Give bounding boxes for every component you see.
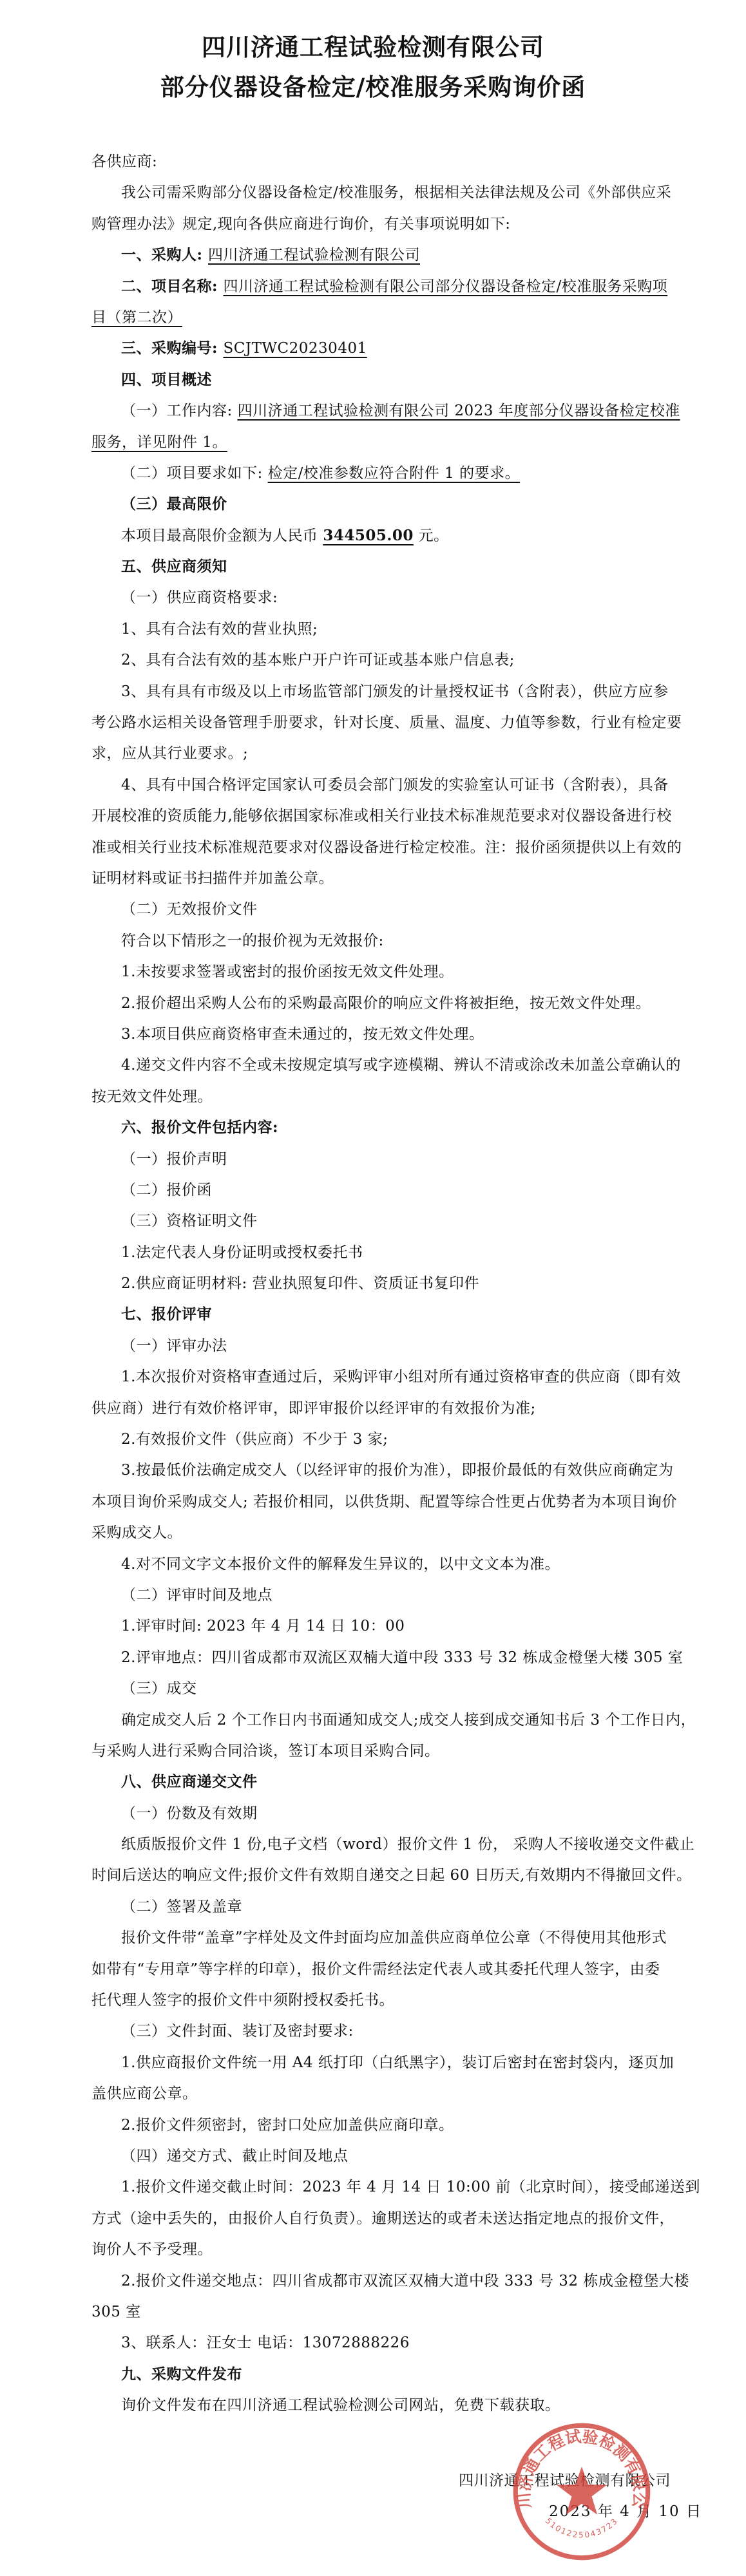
line-segment: 按无效文件处理。: [91, 1088, 213, 1105]
line-segment: 1.评审时间: 2023 年 4 月 14 日 10：00: [121, 1618, 405, 1634]
document-title: 四川济通工程试验检测有限公司 部分仪器设备检定/校准服务采购询价函: [0, 27, 746, 107]
document-line: （四）递交方式、截止时间及地点: [91, 2141, 671, 2172]
line-segment: 询价文件发布在四川济通工程试验检测公司网站，免费下载获取。: [121, 2397, 560, 2414]
title-line-1: 四川济通工程试验检测有限公司: [0, 27, 746, 67]
line-segment-bold: 二、项目名称:: [121, 278, 224, 295]
line-segment-underlined: 服务，详见附件 1。: [91, 434, 227, 451]
document-line: 1.法定代表人身份证明或授权委托书: [91, 1237, 671, 1268]
line-segment: 本项目询价采购成交人; 若报价相同，以供货期、配置等综合性更占优势者为本项目询价: [91, 1493, 677, 1510]
line-segment: 4.对不同文字文本报价文件的解释发生异议的，以中文文本为准。: [121, 1556, 560, 1573]
document-line: 2.报价超出采购人公布的采购最高限价的响应文件将被拒绝，按无效文件处理。: [91, 988, 671, 1019]
line-segment: （二）无效报价文件: [121, 901, 258, 918]
document-line: 报价文件带“盖章”字样处及文件封面均应加盖供应商单位公章（不得使用其他形式: [91, 1922, 671, 1953]
document-line: （三）成交: [91, 1673, 671, 1704]
line-segment: 4、具有中国合格评定国家认可委员会部门颁发的实验室认可证书（含附表），具备: [121, 777, 669, 793]
line-segment: 供应商）进行有效价格评审，即评审报价以经评审的有效报价为准;: [91, 1400, 536, 1417]
line-segment-underlined: 四川济通工程试验检测有限公司 2023 年度部分仪器设备检定校准: [238, 402, 680, 419]
line-segment-bold: 三、采购编号:: [121, 339, 224, 357]
line-segment-underlined: SCJTWC20230401: [224, 340, 367, 357]
line-segment: （一）工作内容:: [121, 402, 238, 419]
document-line: （三）资格证明文件: [91, 1206, 671, 1236]
document-line: 1.本次报价对资格审查通过后，采购评审小组对所有通过资格审查的供应商（即有效: [91, 1361, 671, 1392]
document-line: 如带有“专用章”等字样的印章），报价文件需经法定代表人或其委托代理人签字，由委: [91, 1954, 671, 1985]
document-line: 询价人不予受理。: [91, 2234, 671, 2265]
document-line: 3、具有具有市级及以上市场监管部门颁发的计量授权证书（含附表），供应方应参: [91, 676, 671, 707]
document-line: 2.评审地点：四川省成都市双流区双楠大道中段 333 号 32 栋成金橙堡大楼 …: [91, 1642, 671, 1673]
line-segment: 3.按最低价法确定成交人（以经评审的报价为准），即报价最低的有效供应商确定为: [121, 1462, 673, 1479]
document-line: 九、采购文件发布: [91, 2359, 671, 2390]
document-body: 各供应商:我公司需采购部分仪器设备检定/校准服务，根据相关法律法规及公司《外部供…: [91, 146, 671, 2421]
line-segment: 方式（途中丢失的，由报价人自行负责）。逾期送达的或者未送达指定地点的报价文件，: [91, 2210, 674, 2227]
document-line: 1.未按要求签署或密封的报价函按无效文件处理。: [91, 956, 671, 987]
document-line: 我公司需采购部分仪器设备检定/校准服务，根据相关法律法规及公司《外部供应采: [91, 177, 671, 208]
line-segment: （二）签署及盖章: [121, 1899, 242, 1915]
document-line: 采购成交人。: [91, 1517, 671, 1548]
document-line: 符合以下情形之一的报价视为无效报价:: [91, 925, 671, 956]
document-line: 本项目最高限价金额为人民币 344505.00 元。: [91, 520, 671, 551]
document-line: （二）评审时间及地点: [91, 1580, 671, 1611]
line-segment: 1、具有合法有效的营业执照;: [121, 621, 318, 638]
document-line: 一、采购人: 四川济通工程试验检测有限公司: [91, 240, 671, 270]
line-segment: （二）评审时间及地点: [121, 1587, 273, 1604]
document-line: 3、联系人：汪女士 电话：13072888226: [91, 2327, 671, 2358]
document-line: 与采购人进行采购合同洽谈，签订本项目采购合同。: [91, 1736, 671, 1766]
line-segment: 1.法定代表人身份证明或授权委托书: [121, 1244, 363, 1261]
document-line: （二）项目要求如下: 检定/校准参数应符合附件 1 的要求。: [91, 458, 671, 489]
document-line: （一）供应商资格要求:: [91, 582, 671, 613]
line-segment: 4.递交文件内容不全或未按规定填写或字迹模糊、辨认不清或涂改未加盖公章确认的: [121, 1057, 681, 1074]
line-segment: （二）项目要求如下:: [121, 465, 268, 482]
line-segment: 考公路水运相关设备管理手册要求，针对长度、质量、温度、力值等参数，行业有检定要: [91, 714, 682, 731]
line-segment-bold: 九、采购文件发布: [121, 2365, 242, 2383]
title-line-2: 部分仪器设备检定/校准服务采购询价函: [0, 67, 746, 107]
line-segment: 元。: [414, 527, 449, 544]
line-segment-bold: 六、报价文件包括内容:: [121, 1119, 278, 1136]
line-segment: （三）资格证明文件: [121, 1213, 258, 1229]
line-segment: （四）递交方式、截止时间及地点: [121, 2148, 349, 2164]
line-segment: 各供应商:: [91, 153, 157, 170]
document-line: 六、报价文件包括内容:: [91, 1112, 671, 1143]
line-segment: 我公司需采购部分仪器设备检定/校准服务，根据相关法律法规及公司《外部供应采: [121, 184, 671, 201]
line-segment-bold: 八、供应商递交文件: [121, 1773, 258, 1790]
line-segment: 时间后送达的响应文件;报价文件有效期自递交之日起 60 日历天,有效期内不得撤回…: [91, 1867, 691, 1884]
document-line: 各供应商:: [91, 146, 671, 177]
document-line: 购管理办法》规定,现向各供应商进行询价，有关事项说明如下:: [91, 209, 671, 240]
document-line: 1.报价文件递交截止时间：2023 年 4 月 14 日 10:00 前（北京时…: [91, 2172, 671, 2202]
line-segment: （三）成交: [121, 1680, 197, 1697]
document-line: 本项目询价采购成交人; 若报价相同，以供货期、配置等综合性更占优势者为本项目询价: [91, 1486, 671, 1517]
document-line: 证明材料或证书扫描件并加盖公章。: [91, 863, 671, 894]
document-line: 供应商）进行有效价格评审，即评审报价以经评审的有效报价为准;: [91, 1393, 671, 1424]
document-line: 八、供应商递交文件: [91, 1766, 671, 1797]
document-line: 确定成交人后 2 个工作日内书面通知成交人;成交人接到成交通知书后 3 个工作日…: [91, 1705, 671, 1736]
line-segment: 确定成交人后 2 个工作日内书面通知成交人;成交人接到成交通知书后 3 个工作日…: [121, 1712, 696, 1728]
document-line: 目（第二次）: [91, 302, 671, 333]
document-line: （二）报价函: [91, 1175, 671, 1206]
document-line: 纸质版报价文件 1 份,电子文档（word）报价文件 1 份， 采购人不接收递交…: [91, 1829, 671, 1860]
document-line: 3.本项目供应商资格审查未通过的，按无效文件处理。: [91, 1019, 671, 1050]
document-line: 时间后送达的响应文件;报价文件有效期自递交之日起 60 日历天,有效期内不得撤回…: [91, 1860, 671, 1891]
document-line: 305 室: [91, 2297, 671, 2327]
line-segment: 准或相关行业技术标准规范要求对仪器设备进行检定校准。注：报价函须提供以上有效的: [91, 839, 682, 856]
document-line: （一）工作内容: 四川济通工程试验检测有限公司 2023 年度部分仪器设备检定校…: [91, 395, 671, 426]
line-segment: 3.本项目供应商资格审查未通过的，按无效文件处理。: [121, 1026, 484, 1043]
line-segment-bold: 五、供应商须知: [121, 558, 227, 575]
document-line: 2.报价文件递交地点：四川省成都市双流区双楠大道中段 333 号 32 栋成金橙…: [91, 2266, 671, 2297]
document-line: 1、具有合法有效的营业执照;: [91, 614, 671, 645]
line-segment: 2、具有合法有效的基本账户开户许可证或基本账户信息表;: [121, 652, 515, 668]
line-segment: 询价人不予受理。: [91, 2241, 213, 2258]
document-line: 1.供应商报价文件统一用 A4 纸打印（白纸黑字），装订后密封在密封袋内，逐页加: [91, 2047, 671, 2078]
document-line: 三、采购编号: SCJTWC20230401: [91, 333, 671, 364]
line-segment: 纸质版报价文件 1 份,电子文档（word）报价文件 1 份， 采购人不接收递交…: [121, 1836, 694, 1853]
document-line: 2.报价文件须密封，密封口处应加盖供应商印章。: [91, 2110, 671, 2141]
line-segment-bold: 一、采购人:: [121, 246, 208, 263]
line-segment: 2.评审地点：四川省成都市双流区双楠大道中段 333 号 32 栋成金橙堡大楼 …: [121, 1649, 683, 1666]
document-line: 盖供应商公章。: [91, 2078, 671, 2109]
document-line: 按无效文件处理。: [91, 1081, 671, 1112]
document-line: 4.递交文件内容不全或未按规定填写或字迹模糊、辨认不清或涂改未加盖公章确认的: [91, 1050, 671, 1081]
document-line: 二、项目名称: 四川济通工程试验检测有限公司部分仪器设备检定/校准服务采购项: [91, 271, 671, 302]
line-segment: 本项目最高限价金额为人民币: [121, 527, 323, 544]
document-line: 1.评审时间: 2023 年 4 月 14 日 10：00: [91, 1611, 671, 1642]
document-line: 2.有效报价文件（供应商）不少于 3 家;: [91, 1424, 671, 1455]
line-segment-underlined: 四川济通工程试验检测有限公司: [208, 247, 420, 263]
document-line: 考公路水运相关设备管理手册要求，针对长度、质量、温度、力值等参数，行业有检定要: [91, 707, 671, 738]
line-segment: 3、联系人：汪女士 电话：13072888226: [121, 2334, 410, 2351]
line-segment-underlined: 检定/校准参数应符合附件 1 的要求。: [268, 465, 521, 482]
document-line: 服务，详见附件 1。: [91, 427, 671, 458]
line-segment: 2.报价文件须密封，密封口处应加盖供应商印章。: [121, 2117, 454, 2134]
line-segment: 与采购人进行采购合同洽谈，签订本项目采购合同。: [91, 1743, 440, 1759]
line-segment-underlined: 四川济通工程试验检测有限公司部分仪器设备检定/校准服务采购项: [224, 278, 668, 295]
line-segment: 1.未按要求签署或密封的报价函按无效文件处理。: [121, 963, 454, 980]
line-segment: （一）供应商资格要求:: [121, 589, 278, 606]
line-segment: 盖供应商公章。: [91, 2085, 198, 2102]
line-segment: 1.供应商报价文件统一用 A4 纸打印（白纸黑字），装订后密封在密封袋内，逐页加: [121, 2054, 674, 2071]
document-line: 询价文件发布在四川济通工程试验检测公司网站，免费下载获取。: [91, 2390, 671, 2421]
line-segment: 2.有效报价文件（供应商）不少于 3 家;: [121, 1431, 388, 1448]
line-segment: 报价文件带“盖章”字样处及文件封面均应加盖供应商单位公章（不得使用其他形式: [121, 1929, 667, 1946]
line-segment: 305 室: [91, 2304, 141, 2320]
document-line: （二）无效报价文件: [91, 894, 671, 925]
line-segment: 托代理人签字的报价文件中须附授权委托书。: [91, 1992, 394, 2009]
line-segment: （一）份数及有效期: [121, 1805, 258, 1822]
line-segment: 如带有“专用章”等字样的印章），报价文件需经法定代表人或其委托代理人签字，由委: [91, 1961, 660, 1978]
document-line: 2.供应商证明材料: 营业执照复印件、资质证书复印件: [91, 1268, 671, 1299]
document-line: （三）最高限价: [91, 489, 671, 520]
line-segment: 1.报价文件递交截止时间：2023 年 4 月 14 日 10:00 前（北京时…: [121, 2179, 700, 2195]
document-line: 4、具有中国合格评定国家认可委员会部门颁发的实验室认可证书（含附表），具备: [91, 770, 671, 800]
line-segment-bold: 七、报价评审: [121, 1305, 212, 1323]
document-line: 求，应从其行业要求。;: [91, 738, 671, 769]
line-segment: 2.报价文件递交地点：四川省成都市双流区双楠大道中段 333 号 32 栋成金橙…: [121, 2273, 689, 2289]
line-segment: 1.本次报价对资格审查通过后，采购评审小组对所有通过资格审查的供应商（即有效: [121, 1368, 681, 1385]
document-line: （一）份数及有效期: [91, 1798, 671, 1829]
line-segment: 符合以下情形之一的报价视为无效报价:: [121, 933, 384, 949]
line-segment-bold: 四、项目概述: [121, 371, 212, 388]
line-segment: （三）文件封面、装订及密封要求:: [121, 2023, 354, 2040]
line-segment: 开展校准的资质能力,能够依据国家标准或相关行业技术标准规范要求对仪器设备进行校: [91, 808, 672, 824]
document-line: 3.按最低价法确定成交人（以经评审的报价为准），即报价最低的有效供应商确定为: [91, 1455, 671, 1486]
document-line: 准或相关行业技术标准规范要求对仪器设备进行检定校准。注：报价函须提供以上有效的: [91, 832, 671, 863]
line-segment: 3、具有具有市级及以上市场监管部门颁发的计量授权证书（含附表），供应方应参: [121, 683, 669, 700]
document-line: 2、具有合法有效的基本账户开户许可证或基本账户信息表;: [91, 645, 671, 676]
document-line: 开展校准的资质能力,能够依据国家标准或相关行业技术标准规范要求对仪器设备进行校: [91, 800, 671, 831]
footer-date: 2023 年 4 月 10 日: [549, 2496, 702, 2527]
document-line: （一）报价声明: [91, 1144, 671, 1175]
line-segment-underlined: 344505.00: [323, 527, 414, 544]
document-line: 方式（途中丢失的，由报价人自行负责）。逾期送达的或者未送达指定地点的报价文件，: [91, 2203, 671, 2234]
line-segment: 求，应从其行业要求。;: [91, 745, 248, 762]
line-segment: 购管理办法》规定,现向各供应商进行询价，有关事项说明如下:: [91, 216, 511, 232]
line-segment: （二）报价函: [121, 1182, 212, 1198]
line-segment-underlined: 目（第二次）: [91, 309, 182, 326]
line-segment: （一）评审办法: [121, 1338, 227, 1354]
document-line: 托代理人签字的报价文件中须附授权委托书。: [91, 1985, 671, 2016]
document-page: 四川济通工程试验检测有限公司 部分仪器设备检定/校准服务采购询价函 各供应商:我…: [0, 0, 746, 2576]
line-segment: 证明材料或证书扫描件并加盖公章。: [91, 870, 334, 887]
document-line: 四、项目概述: [91, 365, 671, 395]
document-line: （二）签署及盖章: [91, 1891, 671, 1922]
document-line: 4.对不同文字文本报价文件的解释发生异议的，以中文文本为准。: [91, 1549, 671, 1580]
line-segment: （一）报价声明: [121, 1151, 227, 1168]
line-segment-bold: （三）最高限价: [121, 495, 227, 513]
line-segment: 2.供应商证明材料: 营业执照复印件、资质证书复印件: [121, 1275, 479, 1292]
line-segment: 采购成交人。: [91, 1524, 182, 1541]
document-line: 五、供应商须知: [91, 551, 671, 582]
line-segment: 2.报价超出采购人公布的采购最高限价的响应文件将被拒绝，按无效文件处理。: [121, 995, 651, 1012]
document-line: 七、报价评审: [91, 1299, 671, 1330]
footer-company-name: 四川济通工程试验检测有限公司: [459, 2465, 671, 2496]
document-line: （三）文件封面、装订及密封要求:: [91, 2016, 671, 2047]
document-line: （一）评审办法: [91, 1331, 671, 1361]
